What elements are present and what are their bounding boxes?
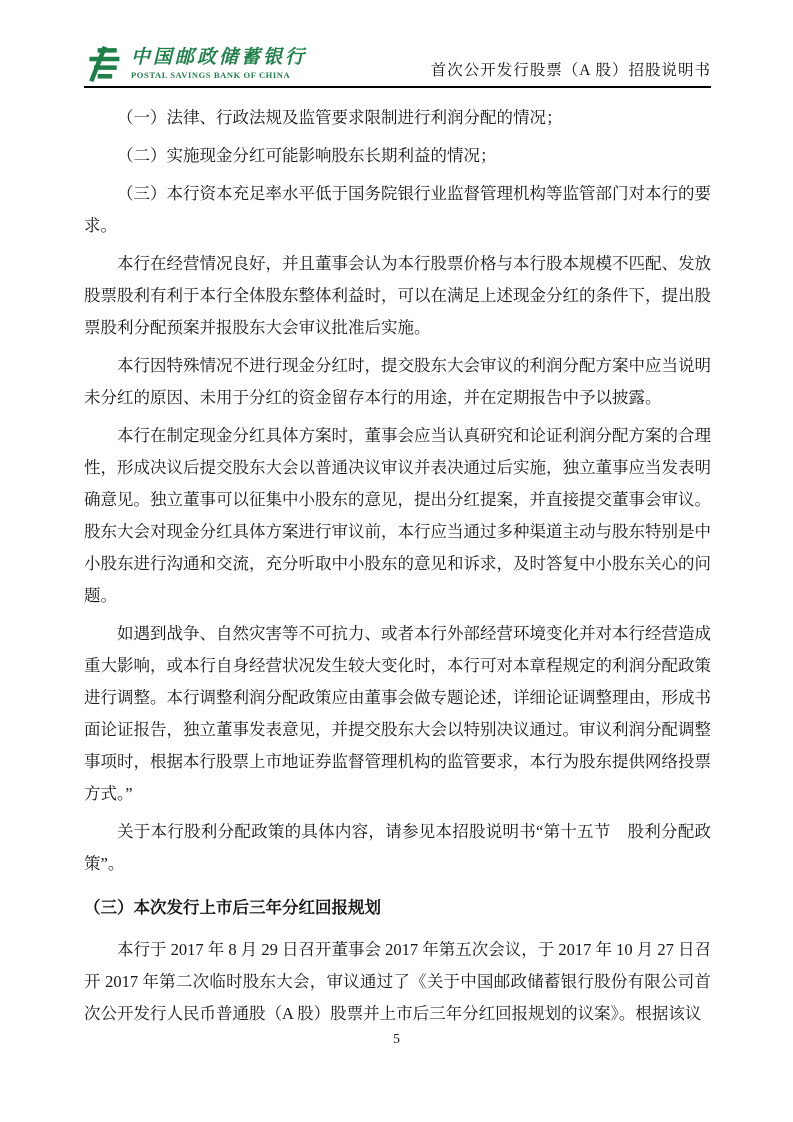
list-item: （二）实施现金分红可能影响股东长期利益的情况； (84, 140, 711, 172)
paragraph: 本行因特殊情况不进行现金分红时，提交股东大会审议的利润分配方案中应当说明未分红的… (84, 350, 711, 414)
paragraph: 本行在经营情况良好，并且董事会认为本行股票价格与本行股本规模不匹配、发放股票股利… (84, 248, 711, 344)
document-body: （一）法律、行政法规及监管要求限制进行利润分配的情况； （二）实施现金分红可能影… (84, 96, 711, 1036)
section-heading: （三）本次发行上市后三年分红回报规划 (84, 892, 711, 924)
page-footer: 5 (0, 1032, 793, 1048)
list-item: （三）本行资本充足率水平低于国务院银行业监督管理机构等监管部门对本行的要求。 (84, 178, 711, 242)
prospectus-page: 中国邮政储蓄银行 POSTAL SAVINGS BANK OF CHINA 首次… (0, 0, 793, 1122)
paragraph: 如遇到战争、自然灾害等不可抗力、或者本行外部经营环境变化并对本行经营造成重大影响… (84, 618, 711, 810)
page-number: 5 (393, 1032, 400, 1047)
bank-logo: 中国邮政储蓄银行 POSTAL SAVINGS BANK OF CHINA (84, 45, 307, 86)
china-post-emblem-icon (84, 45, 124, 83)
page-header: 中国邮政储蓄银行 POSTAL SAVINGS BANK OF CHINA 首次… (84, 0, 711, 88)
list-item: （一）法律、行政法规及监管要求限制进行利润分配的情况； (84, 102, 711, 134)
bank-name-en: POSTAL SAVINGS BANK OF CHINA (131, 71, 307, 80)
paragraph: 本行在制定现金分红具体方案时，董事会应当认真研究和论证利润分配方案的合理性，形成… (84, 420, 711, 612)
paragraph: 关于本行股利分配政策的具体内容，请参见本招股说明书“第十五节 股利分配政策”。 (84, 816, 711, 880)
paragraph: 本行于 2017 年 8 月 29 日召开董事会 2017 年第五次会议，于 2… (84, 934, 711, 1030)
document-title: 首次公开发行股票（A 股）招股说明书 (431, 58, 711, 86)
bank-name-cn: 中国邮政储蓄银行 (131, 48, 307, 67)
bank-logo-names: 中国邮政储蓄银行 POSTAL SAVINGS BANK OF CHINA (131, 48, 307, 80)
